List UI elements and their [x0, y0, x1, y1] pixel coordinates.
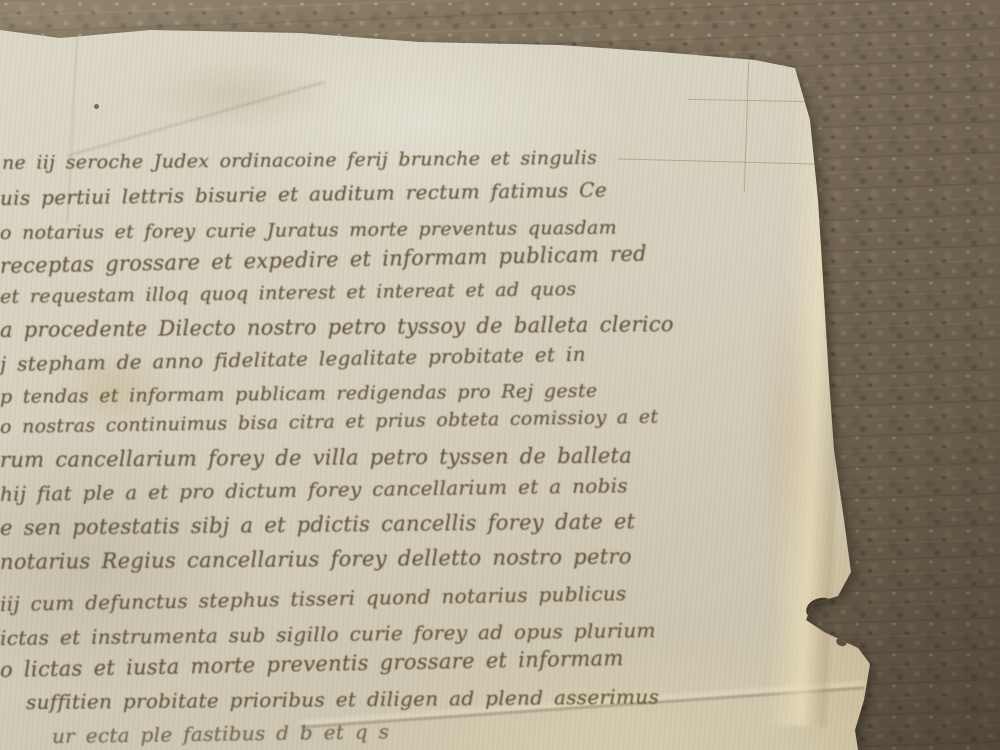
parchment-shadow-wrap: ne iij seroche Judex ordinacoine ferij b… — [0, 0, 1000, 750]
parchment-document: ne iij seroche Judex ordinacoine ferij b… — [0, 0, 1000, 750]
flesh-side-discoloration — [755, 280, 825, 580]
photo-scene: ne iij seroche Judex ordinacoine ferij b… — [0, 0, 1000, 750]
manuscript-line: ur ecta ple fastibus d b et q s — [52, 719, 389, 748]
manuscript-line: rum cancellarium forey de villa petro ty… — [0, 444, 632, 472]
ink-speck — [94, 104, 99, 109]
